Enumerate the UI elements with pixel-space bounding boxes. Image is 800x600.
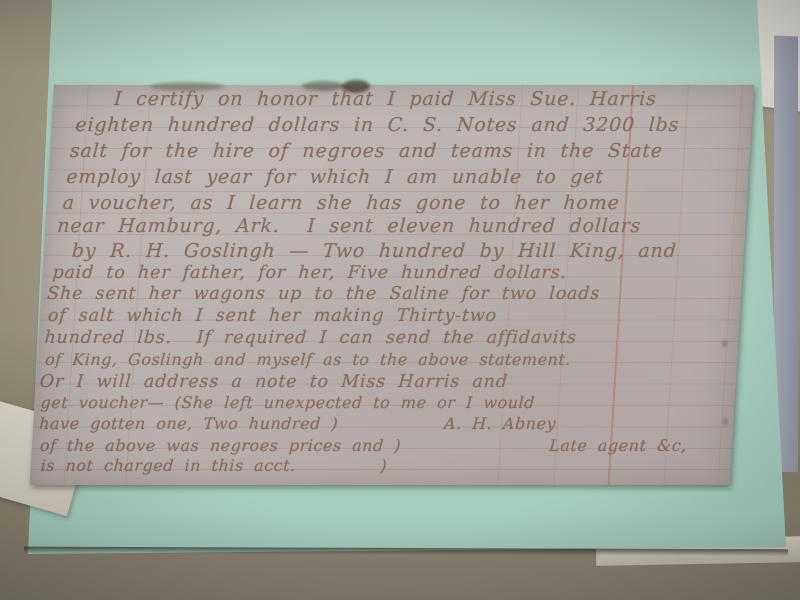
- handwriting-line: by R. H. Goslingh — Two hundred by Hill …: [71, 240, 677, 262]
- handwritten-letter: I certify on honor that I paid Miss Sue.…: [30, 85, 754, 485]
- handwriting-line: have gotten one, Two hundred ) A. H. Abn…: [39, 414, 557, 433]
- handwriting-line: She sent her wagons up to the Saline for…: [47, 284, 601, 304]
- handwriting-line: near Hamburg, Ark. I sent eleven hundred…: [57, 215, 642, 237]
- handwriting-line: salt for the hire of negroes and teams i…: [69, 140, 663, 162]
- handwriting-line: a voucher, as I learn she has gone to he…: [62, 192, 620, 214]
- handwriting-line: of the above was negroes prices and ) La…: [39, 436, 687, 455]
- handwriting-line: get voucher— (She left unexpected to me …: [40, 393, 536, 412]
- handwriting-line: of King, Goslingh and myself as to the a…: [45, 350, 572, 369]
- handwriting-line: eighten hundred dollars in C. S. Notes a…: [75, 114, 680, 136]
- photograph-of-document: I certify on honor that I paid Miss Sue.…: [0, 0, 800, 600]
- handwriting-line: is not charged in this acct. ): [40, 456, 388, 475]
- stain: [723, 417, 728, 426]
- handwriting-line: employ last year for which I am unable t…: [66, 166, 605, 188]
- handwriting-line: Or I will address a note to Miss Harris …: [39, 372, 508, 392]
- handwriting-line: I certify on honor that I paid Miss Sue.…: [113, 88, 657, 110]
- handwriting-line: hundred lbs. If required I can send the …: [44, 328, 577, 348]
- handwriting-line: of salt which I sent her making Thirty-t…: [47, 306, 497, 326]
- vertical-rule: [664, 85, 689, 485]
- handwriting-line: paid to her father, for her, Five hundre…: [52, 263, 568, 283]
